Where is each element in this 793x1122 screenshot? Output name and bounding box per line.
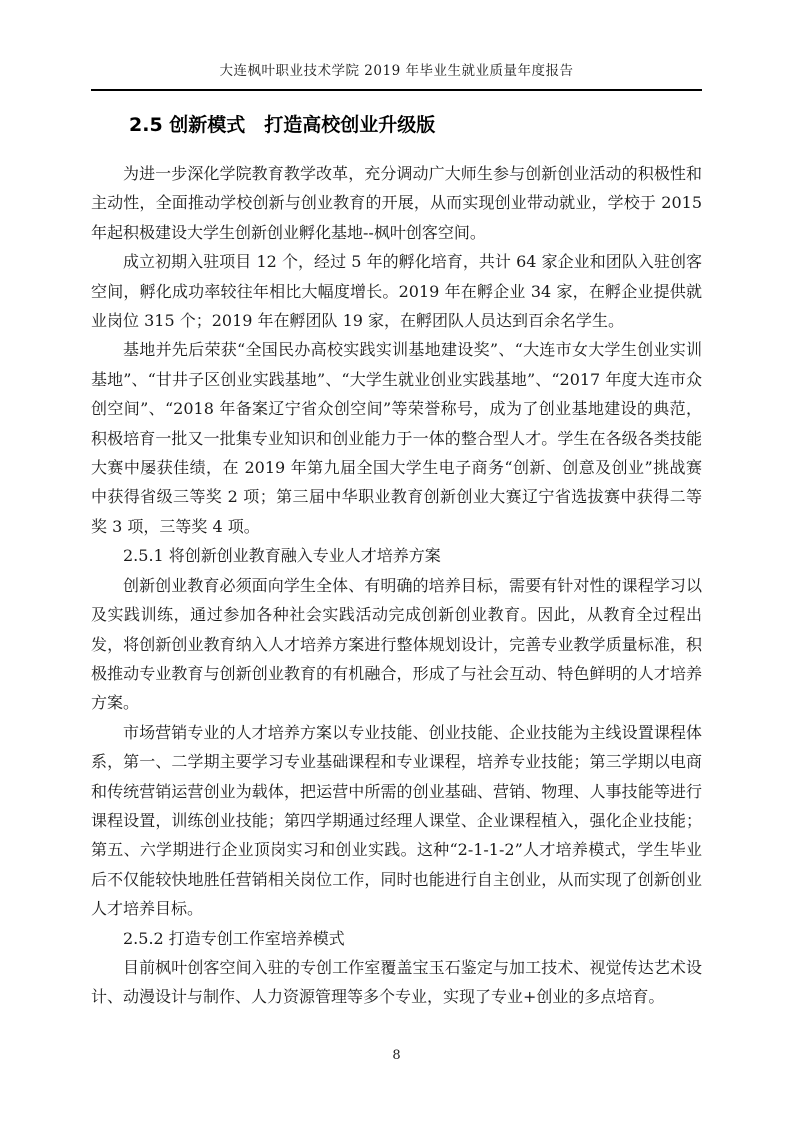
page-content: 大连枫叶职业技术学院 2019 年毕业生就业质量年度报告 2.5 创新模式 打造…	[0, 0, 793, 1012]
paragraph-education-integration: 创新创业教育必须面向学生全体、有明确的培养目标，需要有针对性的课程学习以及实践训…	[91, 571, 702, 718]
paragraph-studio-model: 目前枫叶创客空间入驻的专创工作室覆盖宝玉石鉴定与加工技术、视觉传达艺术设计、动漫…	[91, 953, 702, 1012]
header-rule	[91, 89, 702, 91]
section-heading: 2.5 创新模式 打造高校创业升级版	[91, 112, 702, 139]
header-title: 大连枫叶职业技术学院 2019 年毕业生就业质量年度报告	[91, 0, 702, 80]
subsection-heading-251: 2.5.1 将创新创业教育融入专业人才培养方案	[91, 541, 702, 570]
subsection-heading-252: 2.5.2 打造专创工作室培养模式	[91, 924, 702, 953]
paragraph-incubation-stats: 成立初期入驻项目 12 个，经过 5 年的孵化培育，共计 64 家企业和团队入驻…	[91, 247, 702, 335]
paragraph-base-honors: 基地并先后荣获“全国民办高校实践实训基地建设奖”、“大连市女大学生创业实训基地”…	[91, 335, 702, 541]
document-page: 大连枫叶职业技术学院 2019 年毕业生就业质量年度报告 2.5 创新模式 打造…	[0, 0, 793, 1122]
page-footer: 8	[0, 1048, 793, 1063]
paragraph-intro: 为进一步深化学院教育教学改革，充分调动广大师生参与创新创业活动的积极性和主动性，…	[91, 159, 702, 247]
page-number: 8	[392, 1048, 400, 1063]
page-header: 大连枫叶职业技术学院 2019 年毕业生就业质量年度报告	[91, 0, 702, 91]
paragraph-marketing-training-plan: 市场营销专业的人才培养方案以专业技能、创业技能、企业技能为主线设置课程体系，第一…	[91, 718, 702, 924]
